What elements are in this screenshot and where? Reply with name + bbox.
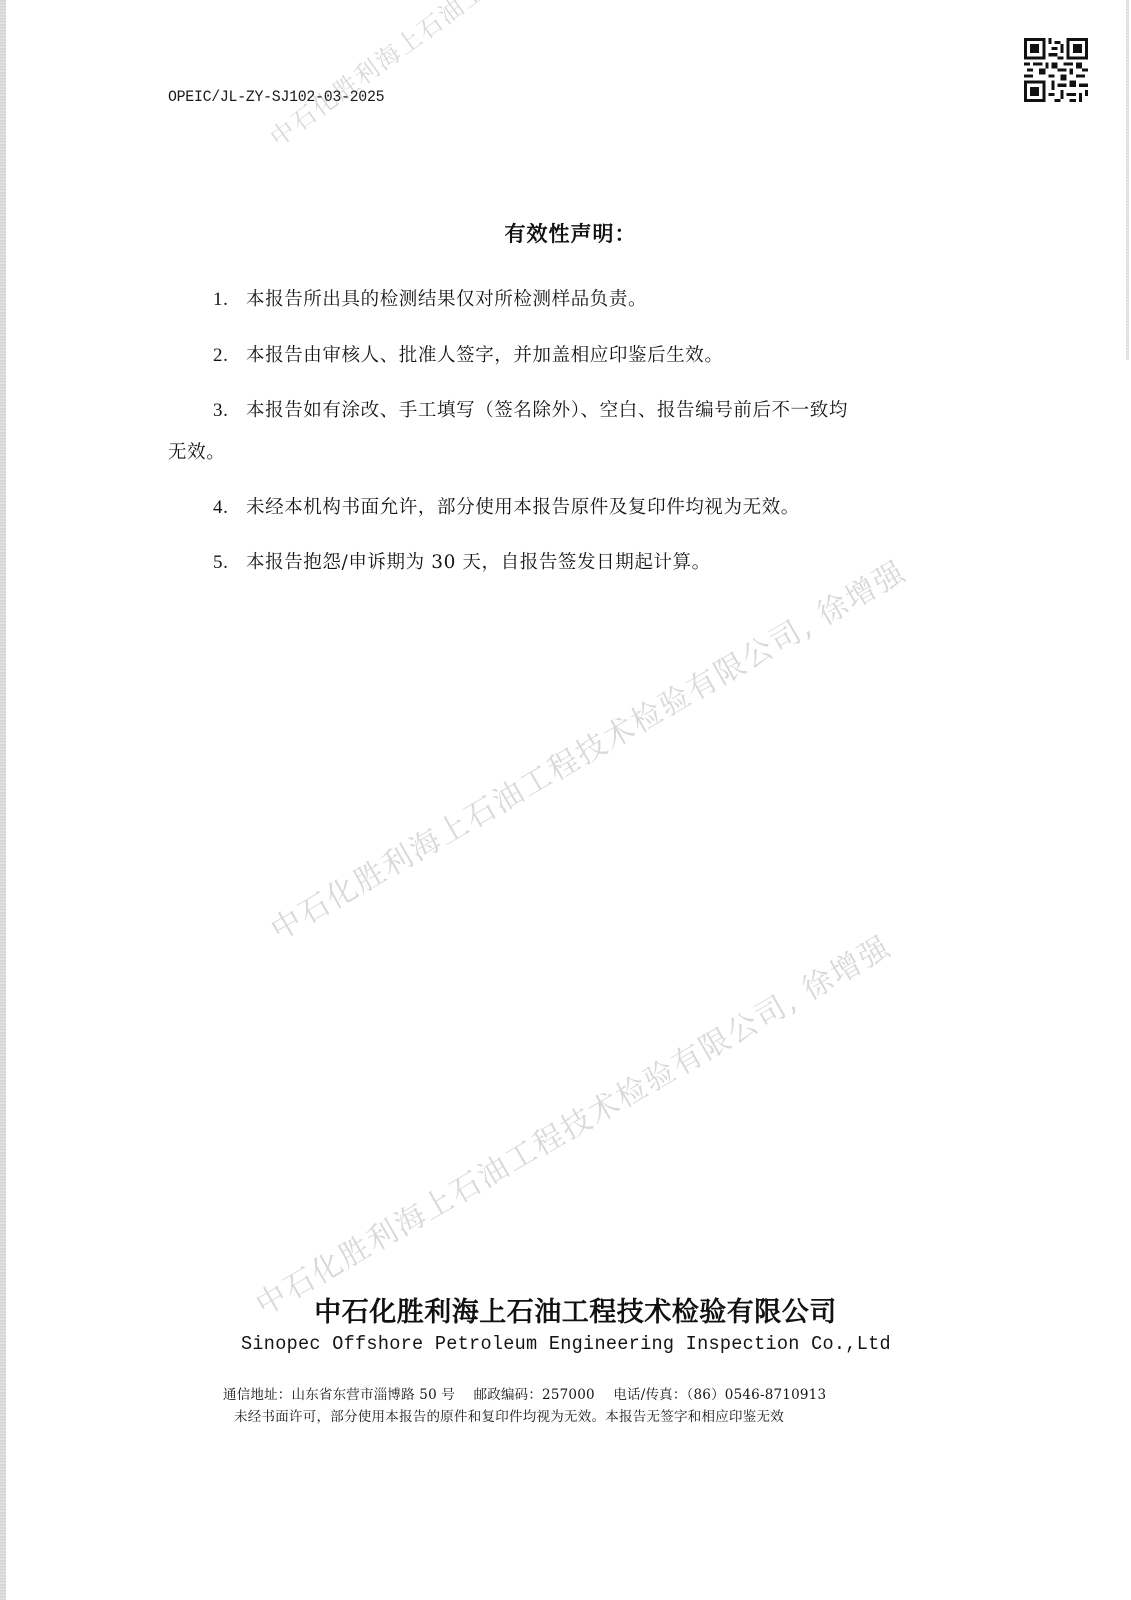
statement-item-2: 2.本报告由审核人、批准人签字，并加盖相应印鉴后生效。	[213, 341, 724, 367]
watermark-middle: 中石化胜利海上石油工程技术检验有限公司, 徐增强	[261, 547, 913, 949]
address: 通信地址：山东省东营市淄博路 50 号	[223, 1387, 455, 1403]
item-number: 1.	[213, 289, 246, 311]
item-number: 3.	[213, 400, 246, 422]
contact-info: 通信地址：山东省东营市淄博路 50 号 邮政编码：257000 电话/传真：（8…	[223, 1383, 840, 1403]
item-number: 2.	[213, 345, 246, 367]
watermark-top: 中石化胜利海上石油工	[261, 0, 492, 153]
statement-item-4: 4.未经本机构书面允许，部分使用本报告原件及复印件均视为无效。	[213, 493, 800, 519]
statement-item-5: 5.本报告抱怨/申诉期为 30 天，自报告签发日期起计算。	[213, 548, 711, 574]
item-text: 未经本机构书面允许，部分使用本报告原件及复印件均视为无效。	[246, 497, 800, 518]
company-name-en: Sinopec Offshore Petroleum Engineering I…	[241, 1333, 891, 1355]
document-code: OPEIC/JL-ZY-SJ102-03-2025	[168, 88, 384, 106]
statement-item-3: 3.本报告如有涂改、手工填写（签名除外）、空白、报告编号前后不一致均	[213, 396, 848, 422]
watermark-lower: 中石化胜利海上石油工程技术检验有限公司, 徐增强	[246, 922, 898, 1324]
page-title: 有效性声明：	[0, 218, 1131, 248]
statement-item-3-continued: 无效。	[168, 438, 225, 464]
statement-item-1: 1.本报告所出具的检测结果仅对所检测样品负责。	[213, 285, 647, 311]
company-name-cn: 中石化胜利海上石油工程技术检验有限公司	[0, 1290, 1131, 1329]
item-text: 本报告由审核人、批准人签字，并加盖相应印鉴后生效。	[246, 345, 724, 366]
item-number: 4.	[213, 497, 246, 519]
item-text: 本报告所出具的检测结果仅对所检测样品负责。	[246, 289, 647, 310]
item-text: 本报告如有涂改、手工填写（签名除外）、空白、报告编号前后不一致均	[246, 400, 848, 421]
scan-edge-right	[1126, 0, 1129, 360]
phone-fax: 电话/传真：（86）0546-8710913	[613, 1387, 826, 1403]
footer-notice: 未经书面许可，部分使用本报告的原件和复印件均视为无效。本报告无签字和相应印鉴无效	[234, 1405, 784, 1425]
qr-code-icon	[1024, 38, 1088, 102]
postcode: 邮政编码：257000	[474, 1387, 595, 1403]
item-text: 本报告抱怨/申诉期为 30 天，自报告签发日期起计算。	[246, 552, 711, 573]
item-number: 5.	[213, 552, 246, 574]
